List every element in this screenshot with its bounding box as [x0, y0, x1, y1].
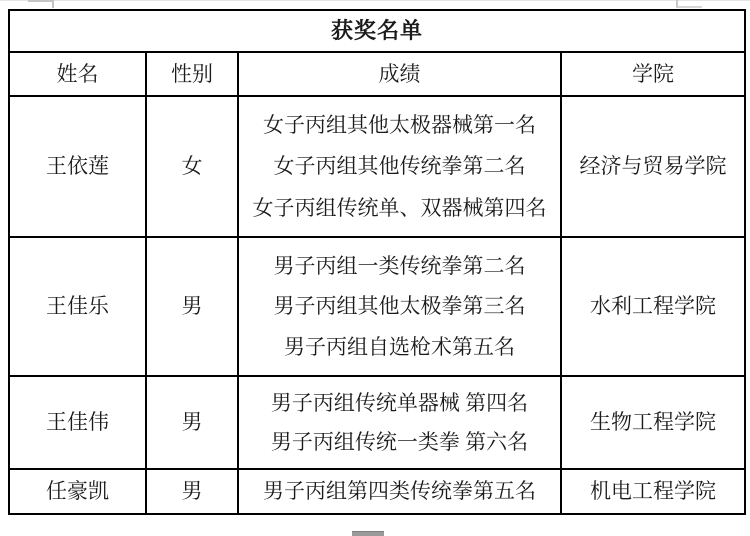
column-header-results: 成绩 [238, 52, 561, 96]
table-row: 任豪凯 男 男子丙组第四类传统拳第五名 机电工程学院 [9, 469, 745, 514]
cell-achievements: 男子丙组一类传统拳第二名 男子丙组其他太极拳第三名 男子丙组自选枪术第五名 [238, 237, 561, 376]
award-table: 获奖名单 姓名 性别 成绩 学院 王依莲 女 女子丙组其他太极器械第一名 女子丙… [8, 9, 746, 515]
artifact-top-right-handle [676, 0, 702, 8]
page-top-edge-line [0, 0, 750, 1]
cell-achievements: 女子丙组其他太极器械第一名 女子丙组其他传统拳第二名 女子丙组传统单、双器械第四… [238, 96, 561, 237]
cell-gender: 男 [146, 237, 238, 376]
cell-name: 王佳伟 [9, 376, 146, 469]
table-row: 王依莲 女 女子丙组其他太极器械第一名 女子丙组其他传统拳第二名 女子丙组传统单… [9, 96, 745, 237]
cell-achievements: 男子丙组传统单器械 第四名 男子丙组传统一类拳 第六名 [238, 376, 561, 469]
achievement-line: 女子丙组其他太极器械第一名 [263, 112, 536, 138]
achievement-lines: 女子丙组其他太极器械第一名 女子丙组其他传统拳第二名 女子丙组传统单、双器械第四… [239, 97, 560, 236]
cell-achievements: 男子丙组第四类传统拳第五名 [238, 469, 561, 514]
column-header-name: 姓名 [9, 52, 146, 96]
achievement-line: 男子丙组一类传统拳第二名 [274, 253, 526, 279]
artifact-bottom-resize-handle [352, 531, 384, 536]
cell-college: 经济与贸易学院 [561, 96, 745, 237]
achievement-line: 男子丙组自选枪术第五名 [284, 334, 515, 360]
achievement-lines: 男子丙组传统单器械 第四名 男子丙组传统一类拳 第六名 [239, 377, 560, 468]
table-title: 获奖名单 [9, 10, 745, 52]
achievement-line: 男子丙组其他太极拳第三名 [274, 293, 526, 319]
cell-college: 水利工程学院 [561, 237, 745, 376]
artifact-top-left-handle [28, 0, 54, 8]
achievement-line: 女子丙组传统单、双器械第四名 [253, 195, 547, 221]
title-row: 获奖名单 [9, 10, 745, 52]
cell-college: 生物工程学院 [561, 376, 745, 469]
cell-gender: 男 [146, 469, 238, 514]
cell-gender: 女 [146, 96, 238, 237]
table-row: 王佳伟 男 男子丙组传统单器械 第四名 男子丙组传统一类拳 第六名 生物工程学院 [9, 376, 745, 469]
achievement-line: 男子丙组传统单器械 第四名 [271, 390, 528, 416]
cell-gender: 男 [146, 376, 238, 469]
header-row: 姓名 性别 成绩 学院 [9, 52, 745, 96]
cell-name: 王依莲 [9, 96, 146, 237]
achievement-line: 女子丙组其他传统拳第二名 [274, 153, 526, 179]
achievement-lines: 男子丙组一类传统拳第二名 男子丙组其他太极拳第三名 男子丙组自选枪术第五名 [239, 238, 560, 375]
achievement-line: 男子丙组传统一类拳 第六名 [271, 429, 528, 455]
cell-name: 王佳乐 [9, 237, 146, 376]
cell-name: 任豪凯 [9, 469, 146, 514]
column-header-gender: 性别 [146, 52, 238, 96]
table-row: 王佳乐 男 男子丙组一类传统拳第二名 男子丙组其他太极拳第三名 男子丙组自选枪术… [9, 237, 745, 376]
achievement-line: 男子丙组第四类传统拳第五名 [263, 478, 536, 504]
cell-college: 机电工程学院 [561, 469, 745, 514]
column-header-college: 学院 [561, 52, 745, 96]
achievement-lines: 男子丙组第四类传统拳第五名 [239, 470, 560, 513]
